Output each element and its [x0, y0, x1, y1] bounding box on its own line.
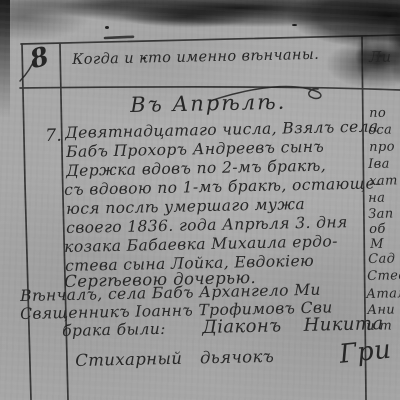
table-top-rule	[21, 35, 400, 44]
ink-speck	[105, 26, 109, 29]
ink-speck	[292, 24, 297, 26]
table-left-rule	[22, 44, 31, 400]
right-column-fragment: Стед	[367, 268, 400, 284]
rule-double-stroke	[105, 37, 133, 38]
right-column-fragment: по	[369, 106, 386, 121]
column-header-when-married: Когда и кто именно вѣнчаны.	[72, 47, 319, 68]
table-header-rule	[20, 87, 400, 90]
deacon-name: Діаконъ Никита	[202, 313, 384, 338]
header-row-number: 8	[27, 42, 52, 76]
right-column-fragment: Ани	[367, 302, 395, 318]
right-column-fragment: оса	[368, 122, 392, 138]
right-column-header-fragment: Ли	[369, 50, 392, 66]
signature-flourish: Гри	[338, 335, 393, 370]
right-column-fragment: про	[369, 139, 395, 155]
right-column-fragment: Іва	[368, 157, 390, 172]
entry-number: 7.	[45, 126, 62, 146]
right-column-fragment: на	[368, 191, 385, 206]
register-scan-page: 8 Когда и кто именно вѣнчаны. Ли Въ Апрѣ…	[0, 0, 400, 400]
left-edge-shadow	[0, 0, 10, 118]
right-column-fragment: Сад	[368, 251, 395, 267]
right-column-fragment: Зап	[368, 206, 394, 222]
right-column-fragment: хат	[369, 173, 398, 189]
right-column-fragment: М	[370, 237, 384, 252]
month-heading: Въ Апрѣлѣ.	[130, 90, 287, 117]
clerk-line: Стихарный дьячокъ	[75, 347, 274, 370]
entry-line: Девятнадцатаго числа, Взялъ села	[65, 117, 379, 142]
right-column-fragment: Атам	[366, 286, 400, 302]
right-column-fragment: и т	[366, 318, 392, 334]
clergy-line: брака были:	[62, 320, 166, 340]
right-column-fragment: об	[369, 222, 386, 237]
